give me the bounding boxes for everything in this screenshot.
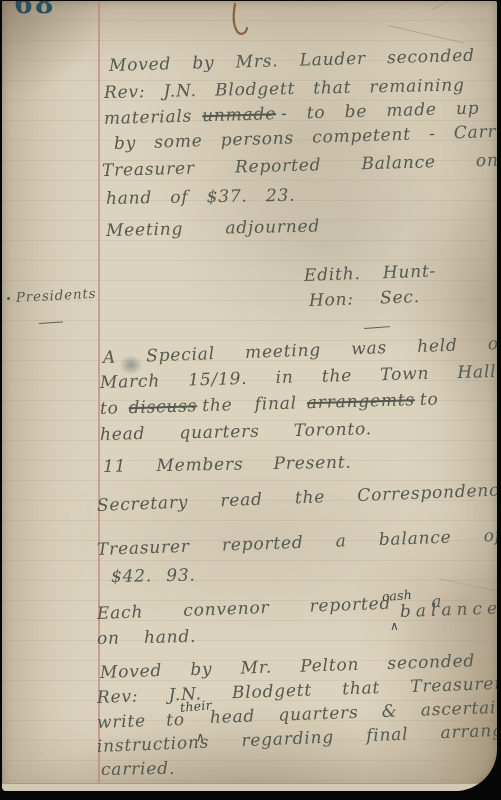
minutes-text: materials bbox=[104, 107, 193, 129]
minutes-line: write to bbox=[97, 711, 185, 733]
ink-dot bbox=[7, 297, 10, 300]
page-bottom-edge bbox=[2, 783, 497, 791]
caret-mark: ∧ bbox=[390, 620, 399, 632]
minutes-text: the final bbox=[202, 394, 297, 417]
struck-word: arrangemts bbox=[307, 390, 416, 413]
photo-background: 68 Moved by Mrs. Lauder seconded by. Rev… bbox=[0, 0, 501, 800]
minutes-line: hand of $37. 23. bbox=[106, 187, 296, 209]
minutes-line: Meeting adjourned bbox=[106, 218, 320, 241]
minutes-line: carried. bbox=[101, 760, 175, 780]
minutes-line: Treasurer reported a balance of bbox=[97, 527, 497, 560]
minutes-line: Treasurer Reported Balance on bbox=[102, 152, 497, 181]
minutes-line: 11 Members Present. bbox=[103, 454, 352, 477]
margin-note: Presidents bbox=[16, 287, 97, 306]
minutes-line: on hand. bbox=[97, 628, 197, 649]
minutes-line: $42. 93. bbox=[111, 567, 196, 587]
rust-hook-mark bbox=[227, 2, 253, 42]
minute-book-page: 68 Moved by Mrs. Lauder seconded by. Rev… bbox=[2, 1, 497, 791]
minutes-text: to bbox=[420, 390, 439, 411]
minutes-text: to bbox=[100, 398, 119, 419]
minutes-line: todiscussthe finalarrangemtsto bbox=[100, 391, 439, 419]
paper-crease-icon bbox=[438, 578, 497, 593]
flourish-dash bbox=[39, 321, 63, 324]
minutes-text: - to be made up bbox=[281, 99, 480, 125]
minutes-line: head quarters Toronto. bbox=[100, 420, 372, 444]
inserted-word: their bbox=[179, 697, 212, 715]
minutes-line: balance bbox=[400, 599, 497, 621]
minutes-line: March 15/19. in the Town Hall bbox=[100, 363, 497, 393]
signature-name: Edith. Hunt- bbox=[304, 262, 437, 285]
paper-crease-icon bbox=[388, 25, 464, 44]
minutes-line: Rev: J.N. Blodgett that remaining bbox=[104, 76, 465, 102]
minutes-line: Secretary read the Correspondence. bbox=[97, 481, 497, 516]
minutes-line: Moved by Mrs. Lauder seconded by. bbox=[109, 45, 497, 75]
page-number: 68 bbox=[14, 1, 56, 20]
flourish-dash bbox=[364, 326, 390, 329]
struck-word: discuss bbox=[128, 396, 197, 418]
signature-title: Hon: Sec. bbox=[309, 288, 421, 311]
paper-crease-icon bbox=[432, 1, 484, 10]
struck-word: unmade bbox=[202, 104, 276, 126]
